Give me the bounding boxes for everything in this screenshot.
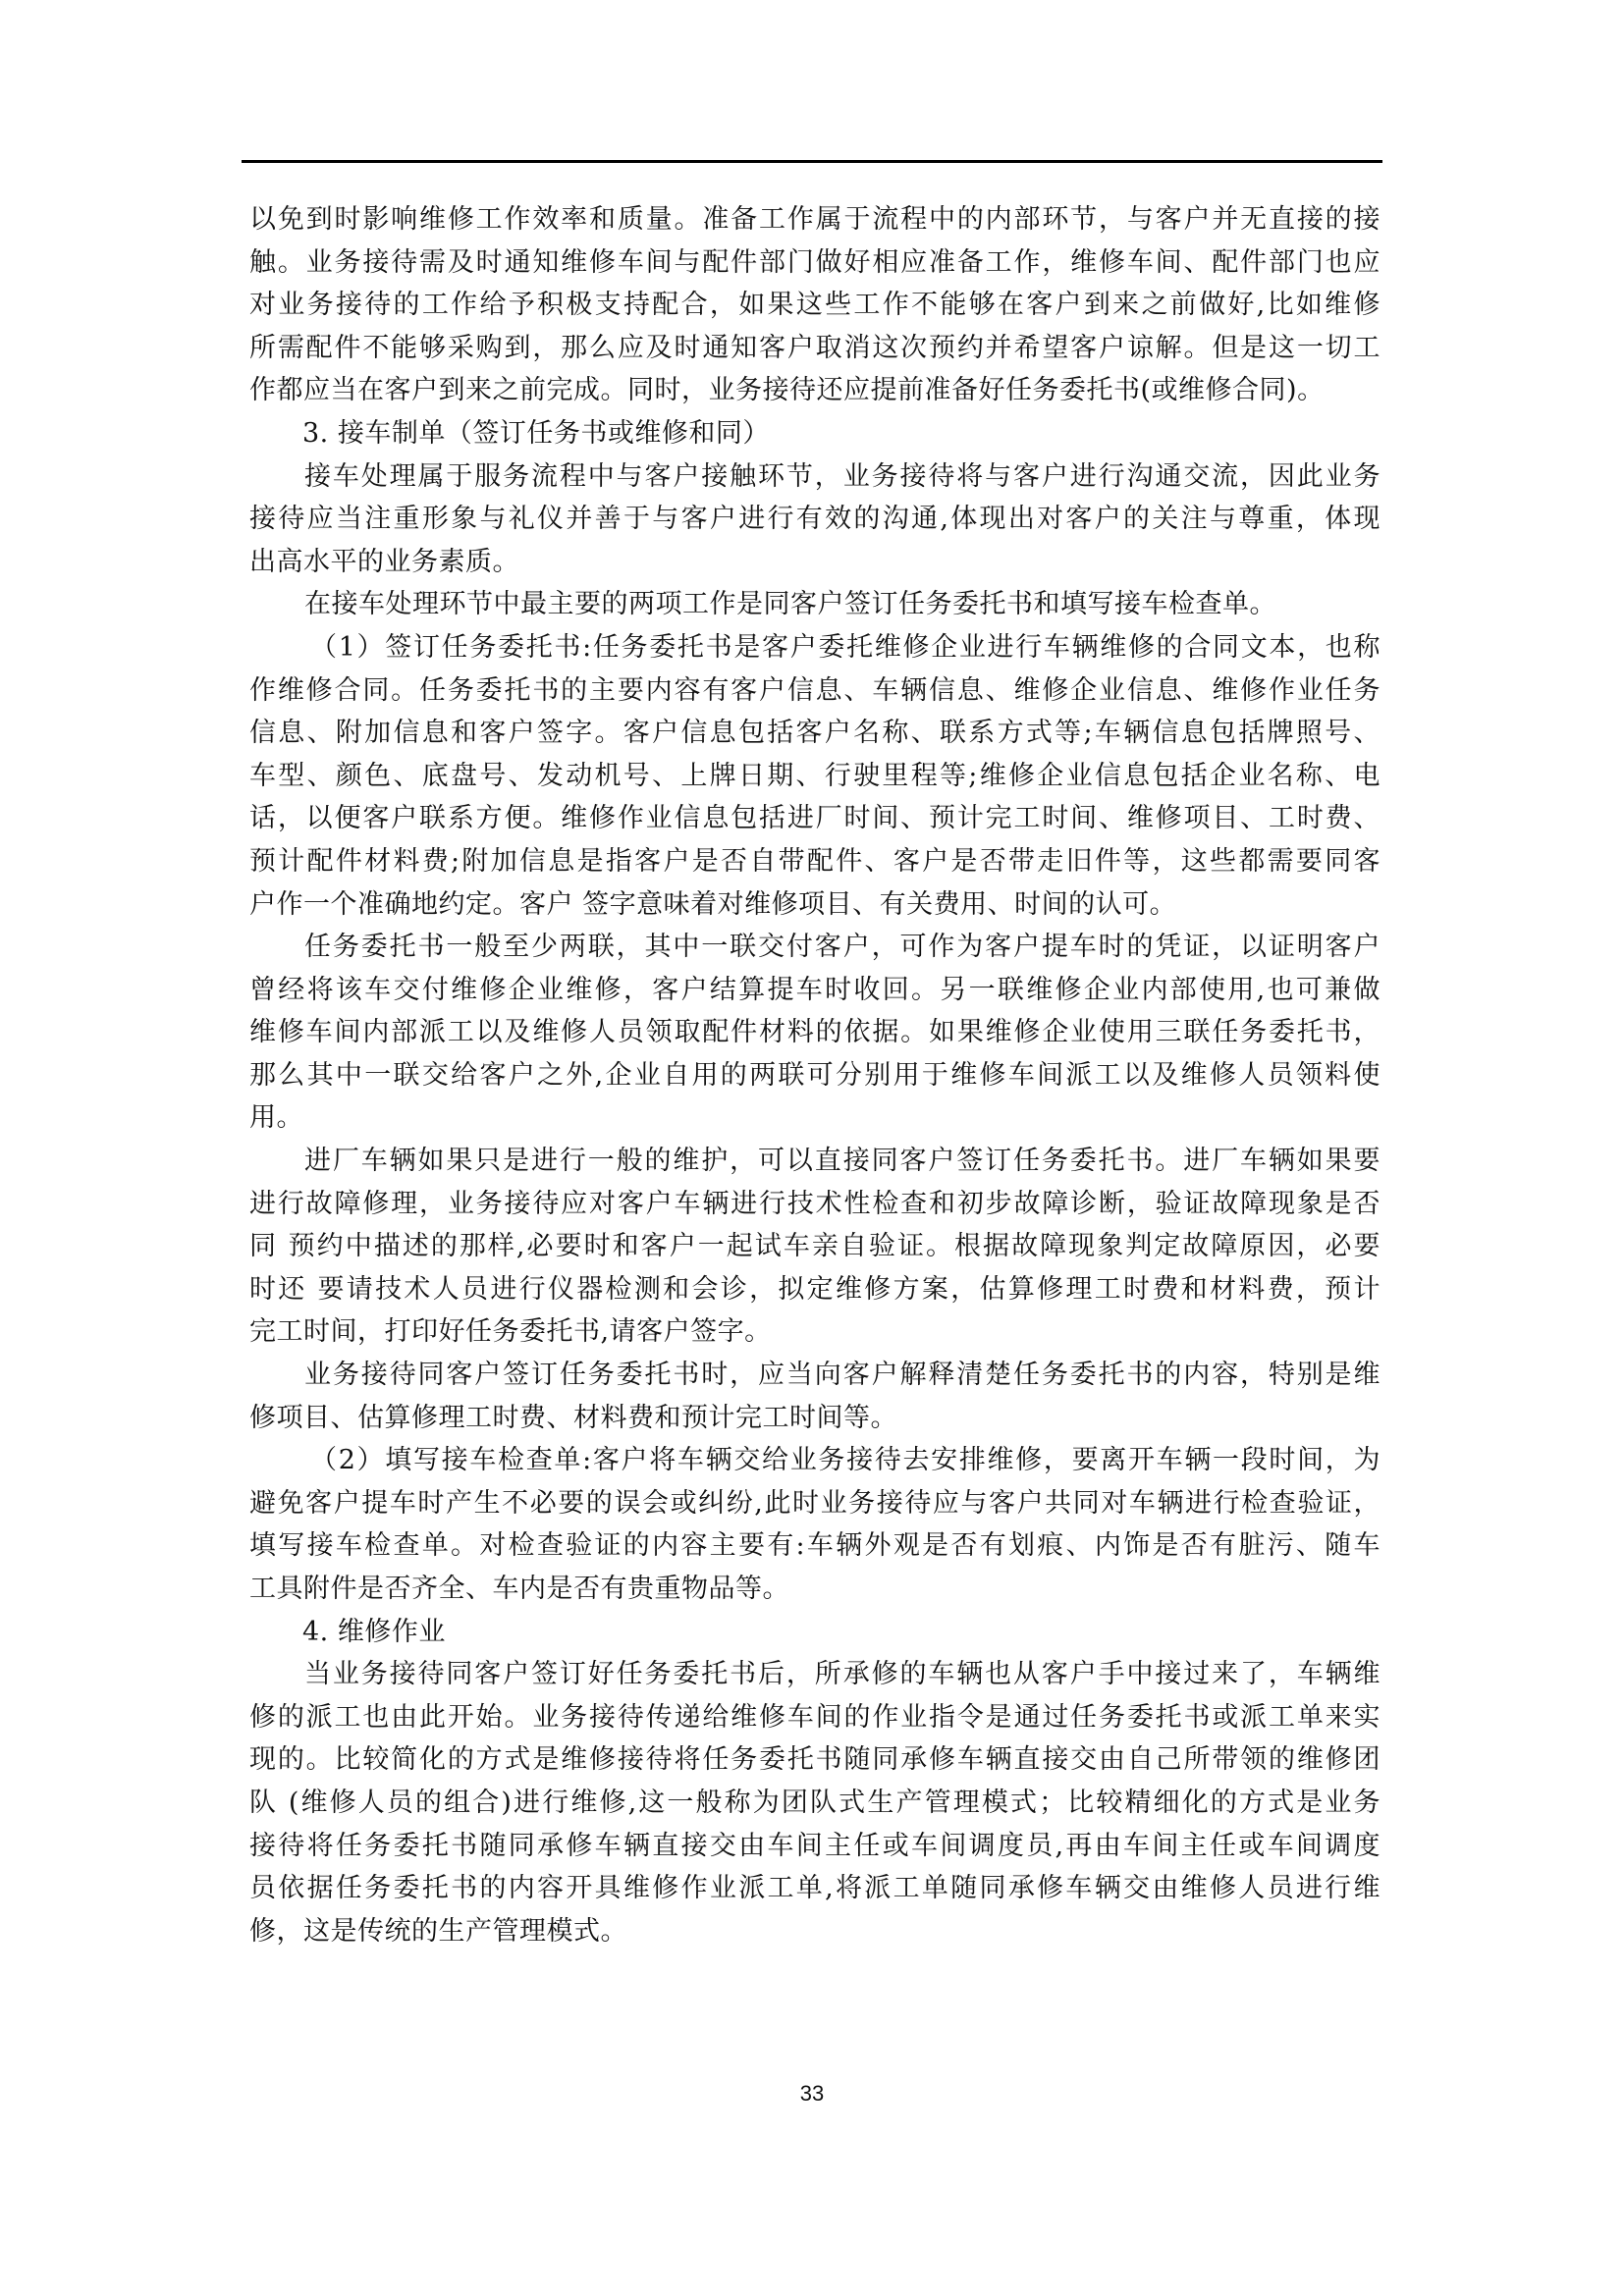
- body-text: 以免到时影响维修工作效率和质量。准备工作属于流程中的内部环节，与客户并无直接的接…: [249, 198, 1380, 1952]
- text-line: 接车处理属于服务流程中与客户接触环节，业务接待将与客户进行沟通交流，因此业务: [249, 455, 1380, 499]
- text-line: 车型、颜色、底盘号、发动机号、上牌日期、行驶里程等;维修企业信息包括企业名称、电: [249, 755, 1380, 798]
- text-line: 修项目、估算修理工时费、材料费和预计完工时间等。: [249, 1397, 1380, 1440]
- text-line: 填写接车检查单。对检查验证的内容主要有:车辆外观是否有划痕、内饰是否有脏污、随车: [249, 1524, 1380, 1568]
- text-line: （2）填写接车检查单:客户将车辆交给业务接待去安排维修，要离开车辆一段时间，为: [249, 1439, 1380, 1482]
- text-line: 以免到时影响维修工作效率和质量。准备工作属于流程中的内部环节，与客户并无直接的接: [249, 198, 1380, 241]
- text-line: 工具附件是否齐全、车内是否有贵重物品等。: [249, 1568, 1380, 1611]
- text-line: 时还 要请技术人员进行仪器检测和会诊，拟定维修方案，估算修理工时费和材料费，预计: [249, 1268, 1380, 1311]
- text-line: 进行故障修理，业务接待应对客户车辆进行技术性检查和初步故障诊断，验证故障现象是否: [249, 1183, 1380, 1226]
- text-line: 接待将任务委托书随同承修车辆直接交由车间主任或车间调度员,再由车间主任或车间调度: [249, 1825, 1380, 1868]
- text-line: 户作一个准确地约定。客户 签字意味着对维修项目、有关费用、时间的认可。: [249, 883, 1380, 927]
- text-line: 触。业务接待需及时通知维修车间与配件部门做好相应准备工作，维修车间、配件部门也应: [249, 241, 1380, 285]
- header-rule: [242, 160, 1382, 163]
- text-line: 用。: [249, 1096, 1380, 1140]
- text-line: 修，这是传统的生产管理模式。: [249, 1910, 1380, 1953]
- text-line: 在接车处理环节中最主要的两项工作是同客户签订任务委托书和填写接车检查单。: [249, 583, 1380, 626]
- text-line: 同 预约中描述的那样,必要时和客户一起试车亲自验证。根据故障现象判定故障原因，必…: [249, 1225, 1380, 1268]
- text-line: 作维修合同。任务委托书的主要内容有客户信息、车辆信息、维修企业信息、维修作业任务: [249, 669, 1380, 713]
- text-line: 出高水平的业务素质。: [249, 541, 1380, 584]
- text-line: 员依据任务委托书的内容开具维修作业派工单,将派工单随同承修车辆交由维修人员进行维: [249, 1867, 1380, 1910]
- text-line: 曾经将该车交付维修企业维修，客户结算提车时收回。另一联维修企业内部使用,也可兼做: [249, 969, 1380, 1012]
- text-line: 避免客户提车时产生不必要的误会或纠纷,此时业务接待应与客户共同对车辆进行检查验证…: [249, 1482, 1380, 1525]
- text-line: 对业务接待的工作给予积极支持配合，如果这些工作不能够在客户到来之前做好,比如维修: [249, 284, 1380, 327]
- text-line: 话，以便客户联系方便。维修作业信息包括进厂时间、预计完工时间、维修项目、工时费、: [249, 797, 1380, 840]
- text-line: 队 (维修人员的组合)进行维修,这一般称为团队式生产管理模式；比较精细化的方式是…: [249, 1782, 1380, 1825]
- text-line: 所需配件不能够采购到，那么应及时通知客户取消这次预约并希望客户谅解。但是这一切工: [249, 327, 1380, 370]
- section-heading: 3. 接车制单（签订任务书或维修和同）: [249, 412, 1380, 455]
- section-heading: 4. 维修作业: [249, 1611, 1380, 1654]
- text-line: 那么其中一联交给客户之外,企业自用的两联可分别用于维修车间派工以及维修人员领料使: [249, 1054, 1380, 1097]
- text-line: 信息、附加信息和客户签字。客户信息包括客户名称、联系方式等;车辆信息包括牌照号、: [249, 712, 1380, 755]
- text-line: 作都应当在客户到来之前完成。同时，业务接待还应提前准备好任务委托书(或维修合同)…: [249, 369, 1380, 412]
- text-line: 现的。比较简化的方式是维修接待将任务委托书随同承修车辆直接交由自己所带领的维修团: [249, 1738, 1380, 1782]
- text-line: 当业务接待同客户签订好任务委托书后，所承修的车辆也从客户手中接过来了，车辆维: [249, 1653, 1380, 1696]
- text-line: 预计配件材料费;附加信息是指客户是否自带配件、客户是否带走旧件等，这些都需要同客: [249, 840, 1380, 883]
- text-line: 完工时间，打印好任务委托书,请客户签字。: [249, 1310, 1380, 1354]
- text-line: 维修车间内部派工以及维修人员领取配件材料的依据。如果维修企业使用三联任务委托书，: [249, 1011, 1380, 1054]
- text-line: （1）签订任务委托书:任务委托书是客户委托维修企业进行车辆维修的合同文本，也称: [249, 626, 1380, 669]
- page-number: 33: [0, 2081, 1624, 2107]
- text-line: 任务委托书一般至少两联，其中一联交付客户，可作为客户提车时的凭证，以证明客户: [249, 926, 1380, 969]
- text-line: 修的派工也由此开始。业务接待传递给维修车间的作业指令是通过任务委托书或派工单来实: [249, 1696, 1380, 1739]
- text-line: 进厂车辆如果只是进行一般的维护，可以直接同客户签订任务委托书。进厂车辆如果要: [249, 1140, 1380, 1183]
- text-line: 业务接待同客户签订任务委托书时，应当向客户解释清楚任务委托书的内容，特别是维: [249, 1354, 1380, 1397]
- text-line: 接待应当注重形象与礼仪并善于与客户进行有效的沟通,体现出对客户的关注与尊重，体现: [249, 498, 1380, 541]
